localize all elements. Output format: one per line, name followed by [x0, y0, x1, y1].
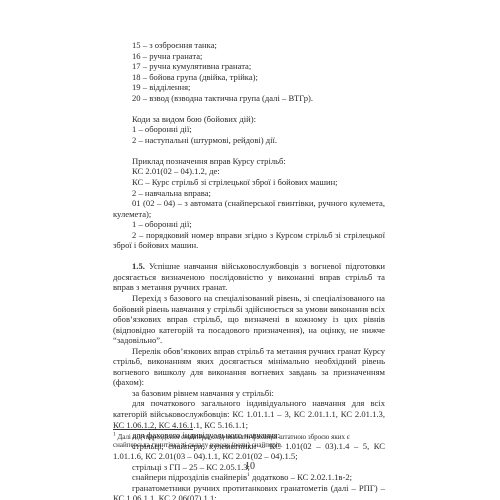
combat-code-item: 2 – наступальні (штурмові, рейдові) дії. [113, 135, 385, 146]
paragraph: Перехід з базового на спеціалізований рі… [113, 293, 385, 346]
document-body: 15 – з озброєння танка; 16 – ручна грана… [113, 40, 385, 500]
example-line: 2 – порядковий номер вправи згідно з Кур… [113, 230, 385, 251]
snipers-text: снайпери підрозділів снайперів [132, 472, 247, 482]
combat-codes-heading: Коди за видом бою (бойових дій): [113, 114, 385, 125]
footnote-separator [113, 429, 193, 430]
spacer [113, 251, 385, 262]
spacer [113, 145, 385, 156]
section-1-5: 1.5. Успішне навчання військовослужбовці… [113, 261, 385, 293]
section-number: 1.5. [132, 261, 145, 271]
example-line: 2 – навчальна вправа; [113, 188, 385, 199]
list-item: 19 – відділення; [113, 82, 385, 93]
combat-code-item: 1 – оборонні дії; [113, 124, 385, 135]
list-item: 15 – з озброєння танка; [113, 40, 385, 51]
example-line: 01 (02 – 04) – з автомата (снайперської … [113, 198, 385, 219]
example-code: КС 2.01(02 – 04).1.2, де: [113, 166, 385, 177]
footnote: 1 Далі під підрозділом снайперів слід вв… [113, 433, 385, 450]
snipers-text-rest: додатково – КС 2.02.1.1в-2; [250, 472, 352, 482]
example-heading: Приклад позначення вправ Курсу стрільб: [113, 156, 385, 167]
list-item: 20 – взвод (взводна тактична група (далі… [113, 93, 385, 104]
example-line: КС – Курс стрільб зі стрілецької зброї і… [113, 177, 385, 188]
paragraph: для початкового загального індивідуально… [113, 398, 385, 430]
paragraph: гранатометники ручних протитанкових гран… [113, 483, 385, 500]
paragraph-snipers: снайпери підрозділів снайперів1 додатков… [113, 472, 385, 483]
list-item: 16 – ручна граната; [113, 51, 385, 62]
footnote-text: Далі під підрозділом снайперів слід вваж… [113, 433, 350, 449]
list-item: 18 – бойова група (двійка, трійка); [113, 72, 385, 83]
list-item: 17 – ручна кумулятивна граната; [113, 61, 385, 72]
section-text: Успішне навчання військовослужбовців з в… [113, 261, 385, 292]
spacer [113, 103, 385, 114]
paragraph: за базовим рівнем навчання у стрільбі: [113, 388, 385, 399]
paragraph: Перелік обов’язкових вправ стрільб та ме… [113, 346, 385, 388]
page-number: 10 [0, 461, 500, 472]
example-line: 1 – оборонні дії; [113, 219, 385, 230]
